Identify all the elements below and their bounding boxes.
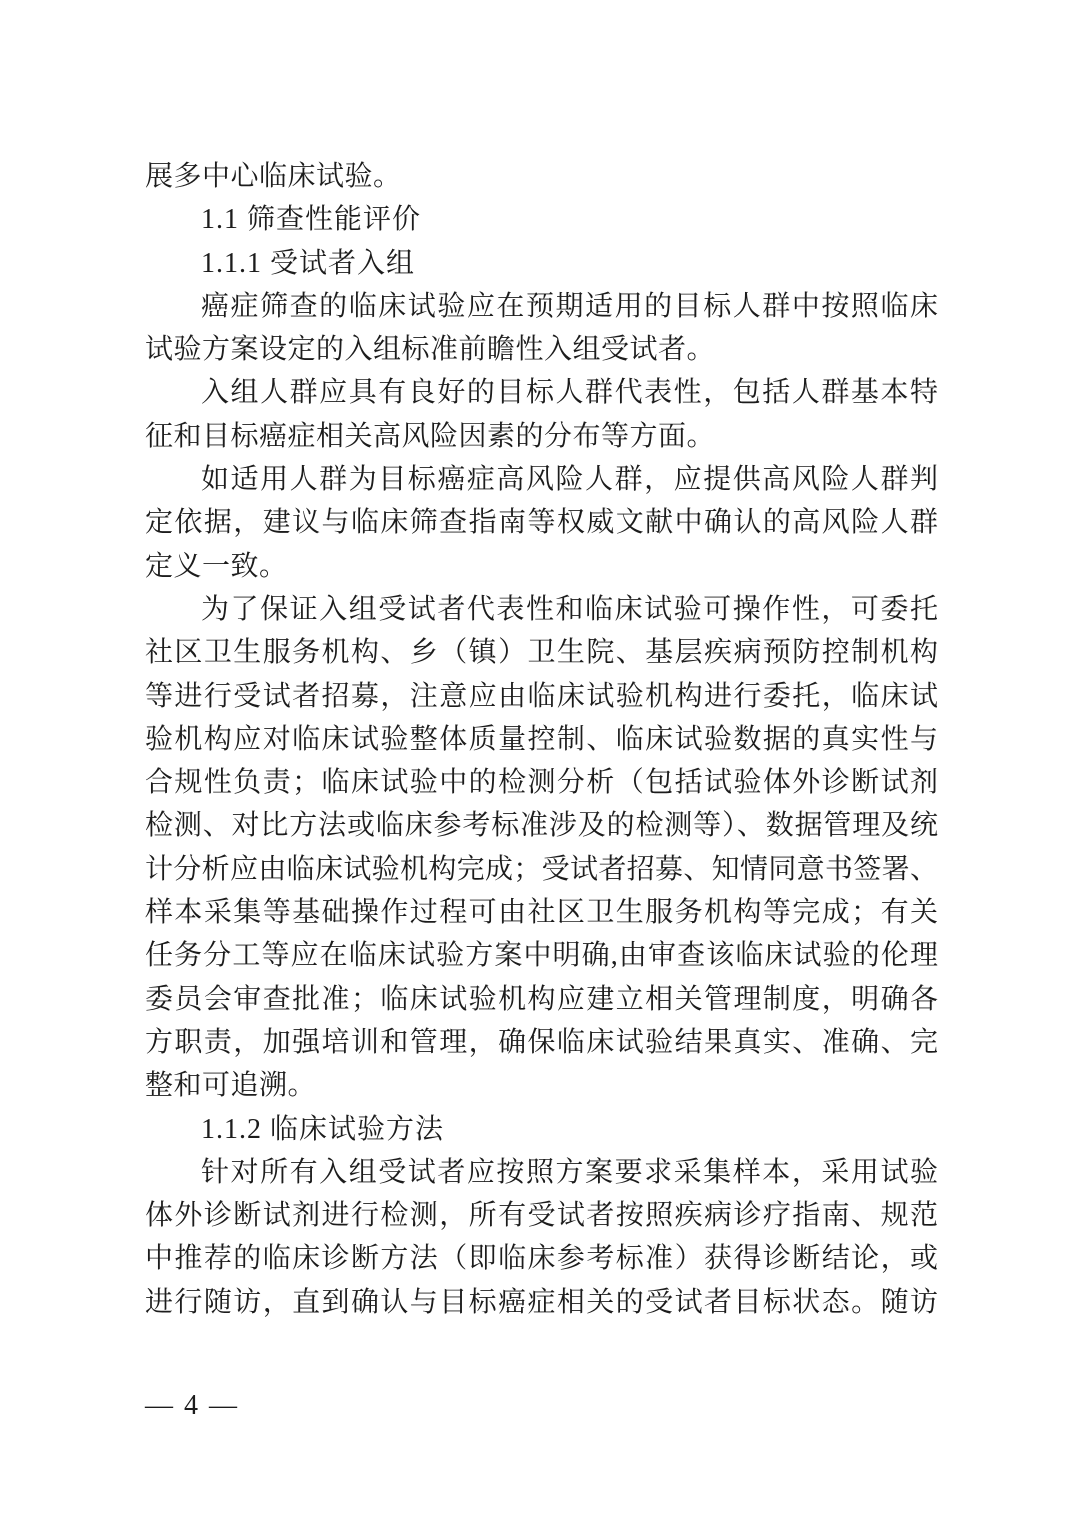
- text-line: 进行随访，直到确认与目标癌症相关的受试者目标状态。随访: [145, 1281, 938, 1324]
- text-line: 方职责，加强培训和管理，确保临床试验结果真实、准确、完: [145, 1021, 938, 1064]
- heading-line: 1.1 筛查性能评价: [145, 198, 938, 241]
- text-line: 中推荐的临床诊断方法（即临床参考标准）获得诊断结论，或: [145, 1237, 938, 1280]
- text-line: 如适用人群为目标癌症高风险人群，应提供高风险人群判: [145, 458, 938, 501]
- text-line: 任务分工等应在临床试验方案中明确,由审查该临床试验的伦理: [145, 934, 938, 977]
- text-line: 癌症筛查的临床试验应在预期适用的目标人群中按照临床: [145, 285, 938, 328]
- text-line: 社区卫生服务机构、乡（镇）卫生院、基层疾病预防控制机构: [145, 631, 938, 674]
- text-line: 定义一致。: [145, 545, 938, 588]
- text-line: 针对所有入组受试者应按照方案要求采集样本，采用试验: [145, 1151, 938, 1194]
- text-line: 为了保证入组受试者代表性和临床试验可操作性，可委托: [145, 588, 938, 631]
- heading-line: 1.1.1 受试者入组: [145, 242, 938, 285]
- text-line: 试验方案设定的入组标准前瞻性入组受试者。: [145, 328, 938, 371]
- text-line: 体外诊断试剂进行检测，所有受试者按照疾病诊疗指南、规范: [145, 1194, 938, 1237]
- heading-line: 1.1.2 临床试验方法: [145, 1108, 938, 1151]
- text-line: 入组人群应具有良好的目标人群代表性，包括人群基本特: [145, 371, 938, 414]
- text-line: 定依据，建议与临床筛查指南等权威文献中确认的高风险人群: [145, 501, 938, 544]
- text-line: 合规性负责；临床试验中的检测分析（包括试验体外诊断试剂: [145, 761, 938, 804]
- text-line: 验机构应对临床试验整体质量控制、临床试验数据的真实性与: [145, 718, 938, 761]
- text-line: 整和可追溯。: [145, 1064, 938, 1107]
- text-line: 检测、对比方法或临床参考标准涉及的检测等）、数据管理及统: [145, 804, 938, 847]
- document-page: 展多中心临床试验。1.1 筛查性能评价1.1.1 受试者入组癌症筛查的临床试验应…: [0, 0, 1080, 1527]
- text-line: 计分析应由临床试验机构完成；受试者招募、知情同意书签署、: [145, 848, 938, 891]
- text-line: 等进行受试者招募，注意应由临床试验机构进行委托，临床试: [145, 675, 938, 718]
- text-line: 样本采集等基础操作过程可由社区卫生服务机构等完成；有关: [145, 891, 938, 934]
- page-number: — 4 —: [145, 1386, 239, 1426]
- text-line: 委员会审查批准；临床试验机构应建立相关管理制度，明确各: [145, 978, 938, 1021]
- text-line: 展多中心临床试验。: [145, 155, 938, 198]
- text-line: 征和目标癌症相关高风险因素的分布等方面。: [145, 415, 938, 458]
- document-content: 展多中心临床试验。1.1 筛查性能评价1.1.1 受试者入组癌症筛查的临床试验应…: [145, 155, 938, 1324]
